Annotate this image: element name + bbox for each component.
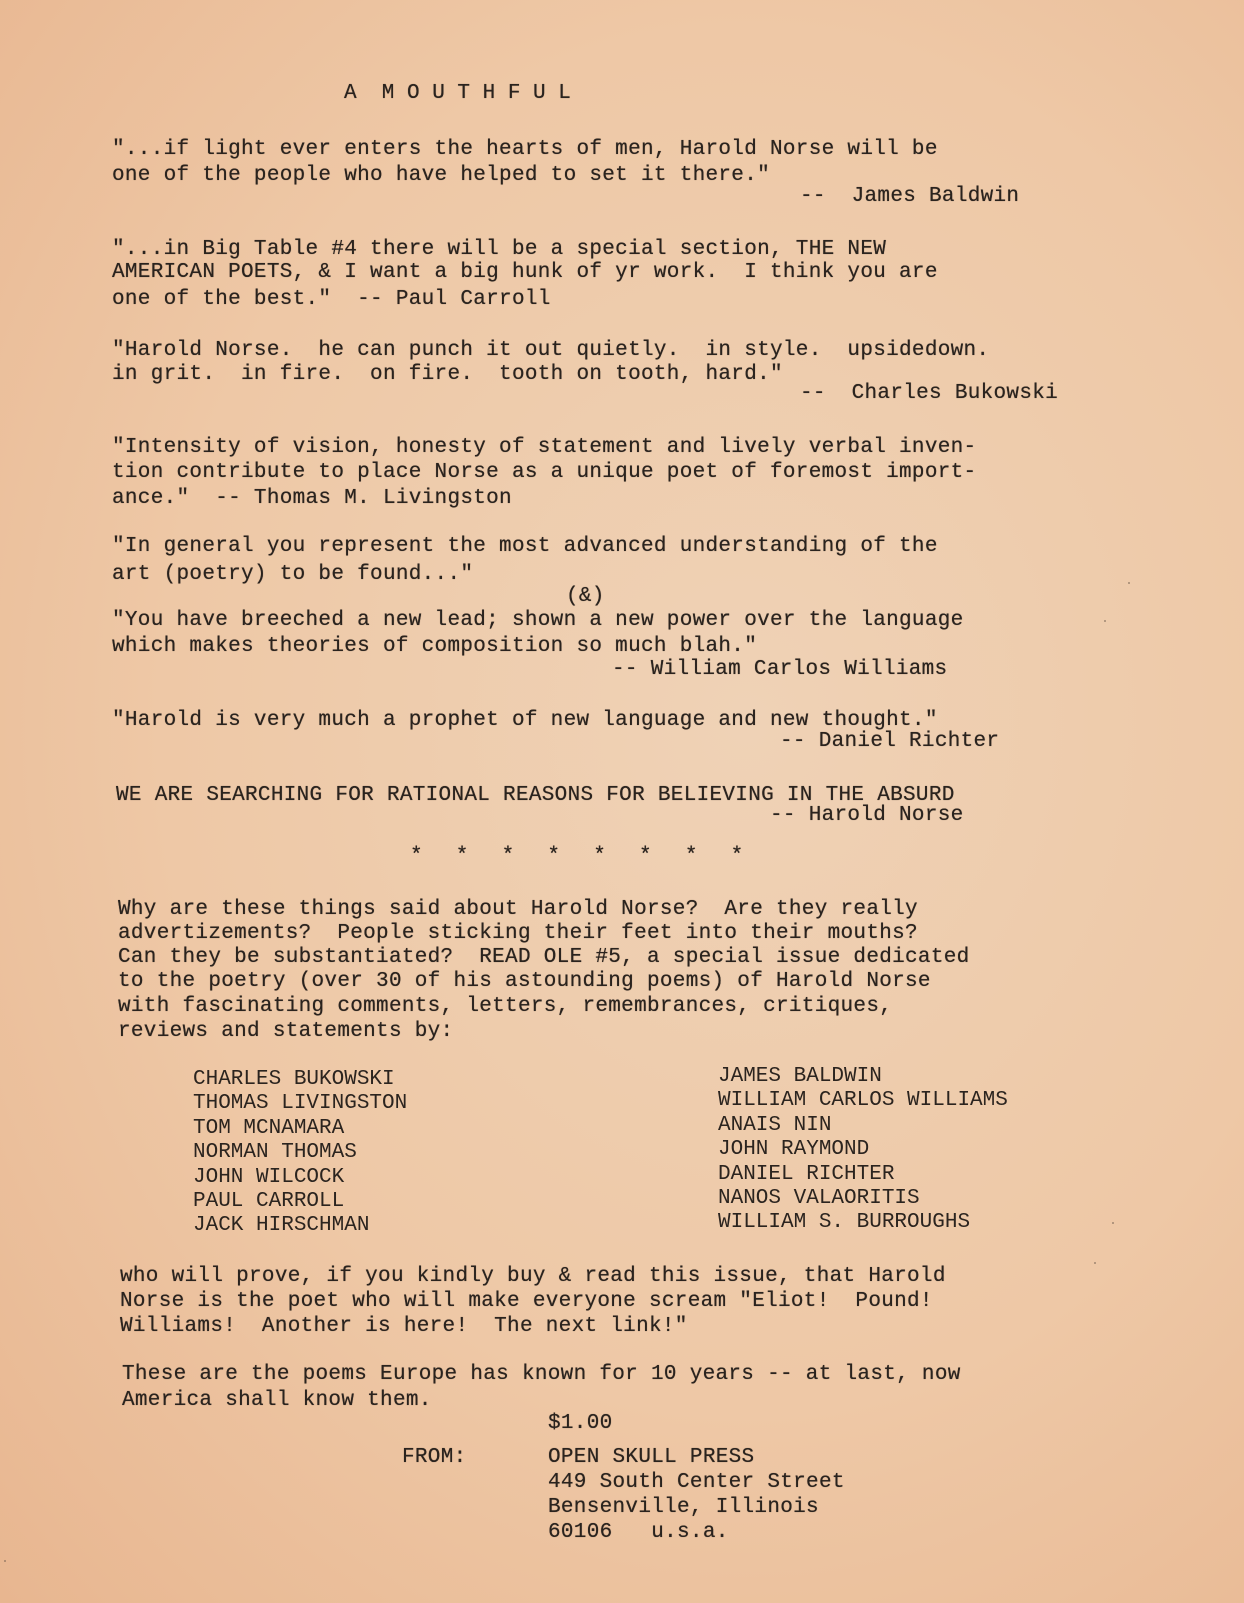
contributor-name: ANAIS NIN [718,1114,1008,1138]
contributor-name: CHARLES BUKOWSKI [193,1068,407,1092]
closing-line-1: who will prove, if you kindly buy & read… [120,1265,946,1289]
contributor-name: WILLIAM S. BURROUGHS [718,1211,1008,1235]
contributors-right-column: JAMES BALDWINWILLIAM CARLOS WILLIAMSANAI… [718,1065,1008,1236]
paper-speck [1104,620,1106,622]
attribution-richter: -- Daniel Richter [780,730,999,754]
address-line-4: 60106 u.s.a. [548,1521,729,1545]
quote-livingston-line-2: tion contribute to place Norse as a uniq… [112,461,976,485]
contributor-name: THOMAS LIVINGSTON [193,1092,407,1116]
quote-williams-b-line-1: "You have breeched a new lead; shown a n… [112,609,964,633]
quote-williams-b-line-2: which makes theories of composition so m… [112,635,757,659]
page-title: A M O U T H F U L [344,82,571,106]
attribution-norse: -- Harold Norse [770,804,964,828]
contributor-name: JACK HIRSCHMAN [193,1214,407,1238]
paper-speck [1112,1222,1114,1224]
intro-line-2: advertizements? People sticking their fe… [118,922,918,946]
quote-baldwin-line-2: one of the people who have helped to set… [112,164,770,188]
contributor-name: NORMAN THOMAS [193,1141,407,1165]
contributor-name: TOM MCNAMARA [193,1117,407,1141]
intro-line-6: reviews and statements by: [118,1020,453,1044]
final-line-1: These are the poems Europe has known for… [122,1363,961,1387]
from-label: FROM: [402,1446,467,1470]
contributor-name: JAMES BALDWIN [718,1065,1008,1089]
contributors-left-column: CHARLES BUKOWSKITHOMAS LIVINGSTONTOM MCN… [193,1068,407,1239]
price: $1.00 [548,1412,613,1436]
address-line-2: 449 South Center Street [548,1471,845,1495]
quote-baldwin-line-1: "...if light ever enters the hearts of m… [112,138,938,162]
quote-carroll-line-3: one of the best." -- Paul Carroll [112,288,551,312]
intro-line-4: to the poetry (over 30 of his astounding… [118,970,931,994]
paper-speck [4,1560,6,1562]
contributor-name: DANIEL RICHTER [718,1163,1008,1187]
quote-separator: (&) [566,585,605,609]
contributor-name: JOHN RAYMOND [718,1138,1008,1162]
quote-livingston-line-1: "Intensity of vision, honesty of stateme… [112,436,976,460]
contributor-name: WILLIAM CARLOS WILLIAMS [718,1089,1008,1113]
closing-line-3: Williams! Another is here! The next link… [120,1315,688,1339]
quote-williams-a-line-1: "In general you represent the most advan… [112,535,938,559]
asterisk-divider: * * * * * * * * [410,845,743,869]
contributor-name: NANOS VALAORITIS [718,1187,1008,1211]
final-line-2: America shall know them. [122,1389,432,1413]
contributor-name: PAUL CARROLL [193,1190,407,1214]
intro-line-5: with fascinating comments, letters, reme… [118,995,892,1019]
address-line-3: Bensenville, Illinois [548,1496,819,1520]
quote-bukowski-line-2: in grit. in fire. on fire. tooth on toot… [112,363,783,387]
intro-line-1: Why are these things said about Harold N… [118,898,918,922]
quote-livingston-line-3: ance." -- Thomas M. Livingston [112,487,512,511]
quote-carroll-line-2: AMERICAN POETS, & I want a big hunk of y… [112,261,938,285]
paper-speck [1094,1262,1096,1264]
closing-line-2: Norse is the poet who will make everyone… [120,1290,933,1314]
attribution-bukowski: -- Charles Bukowski [800,382,1058,406]
attribution-williams: -- William Carlos Williams [612,658,947,682]
document-page: A M O U T H F U L "...if light ever ente… [0,0,1244,1603]
quote-bukowski-line-1: "Harold Norse. he can punch it out quiet… [112,339,989,363]
intro-line-3: Can they be substantiated? READ OLE #5, … [118,946,970,970]
quote-carroll-line-1: "...in Big Table #4 there will be a spec… [112,238,886,262]
attribution-baldwin: -- James Baldwin [800,185,1019,209]
address-line-1: OPEN SKULL PRESS [548,1446,754,1470]
quote-williams-a-line-2: art (poetry) to be found..." [112,563,473,587]
paper-speck [1128,582,1130,584]
contributor-name: JOHN WILCOCK [193,1166,407,1190]
